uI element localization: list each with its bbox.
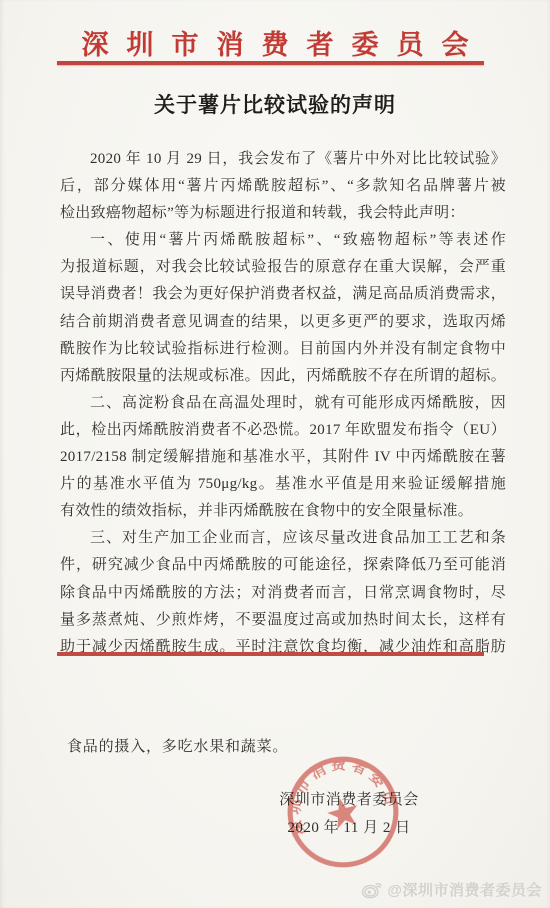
body-line: 酰胺作为比较试验指标进行检测。目前国内外并没有制定食物中 — [60, 336, 506, 363]
body-line: 为报道标题，对我会比较试验报告的原意存在重大误解，会严重 — [60, 254, 506, 281]
official-seal: 深圳市消费者委员会 — [270, 739, 415, 884]
body-line: 三、对生产加工企业而言，应该尽量改进食品加工工艺和条 — [60, 525, 506, 552]
scanned-document-page: 深圳市消费者委员会 关于薯片比较试验的声明 2020 年 10 月 29 日，我… — [0, 0, 550, 908]
body-line: 量多蒸煮炖、少煎炸烤，不要温度过高或加热时间太长，这样有 — [60, 607, 506, 634]
body-line: 检出致癌物超标”等为标题进行报道和转载，我会特此声明： — [60, 200, 506, 227]
body-line: 二、高淀粉食品在高温处理时，就有可能形成丙烯酰胺，因 — [60, 390, 506, 417]
seal-star-icon — [325, 794, 362, 830]
body-line: 除食品中丙烯酰胺的方法；对消费者而言，日常烹调食物时，尽 — [60, 580, 506, 607]
letterhead-rule — [57, 61, 484, 65]
continuation-line: 食品的摄入，多吃水果和蔬菜。 — [67, 736, 288, 758]
document-title: 关于薯片比较试验的声明 — [0, 89, 550, 119]
body-line: 后，部分媒体用“薯片丙烯酰胺超标”、“多款知名品牌薯片被 — [60, 173, 506, 200]
body-line: 一、使用“薯片丙烯酰胺超标”、“致癌物超标”等表述作 — [60, 227, 506, 254]
watermark: @深圳市消费者委员会 — [361, 879, 542, 900]
letterhead-org-name: 深圳市消费者委员会 — [0, 23, 550, 62]
body-line: 片的基准水平值为 750μg/kg。基准水平值是用来验证缓解措施 — [60, 471, 506, 498]
watermark-text: @深圳市消费者委员会 — [387, 879, 542, 900]
body-line: 2020 年 10 月 29 日，我会发布了《薯片中外对比比较试验》 — [60, 146, 506, 173]
body-line: 误导消费者！我会为更好保护消费者权益，满足高品质消费需求， — [60, 281, 506, 308]
body-line: 件，研究减少食品中丙烯酰胺的可能途径，探索降低乃至可能消 — [60, 552, 506, 579]
page-footer-rule — [57, 652, 484, 656]
body-line: 此，检出丙烯酰胺消费者不必恐慌。2017 年欧盟发布指令（EU） — [60, 417, 506, 444]
weibo-eye-icon — [361, 880, 383, 899]
body-line: 2017/2158 制定缓解措施和基准水平，其附件 IV 中丙烯酰胺在薯 — [60, 444, 506, 471]
body-line: 有效性的绩效指标，并非丙烯酰胺在食物中的安全限量标准。 — [60, 498, 506, 525]
body-line: 结合前期消费者意见调查的结果，以更多更严的要求，选取丙烯 — [60, 309, 506, 336]
body-line: 助于减少丙烯酰胺生成。平时注意饮食均衡，减少油炸和高脂肪 — [60, 634, 506, 661]
document-body: 2020 年 10 月 29 日，我会发布了《薯片中外对比比较试验》后，部分媒体… — [60, 146, 506, 661]
body-line: 丙烯酰胺限量的法规或标准。因此，丙烯酰胺不存在所谓的超标。 — [60, 363, 506, 390]
